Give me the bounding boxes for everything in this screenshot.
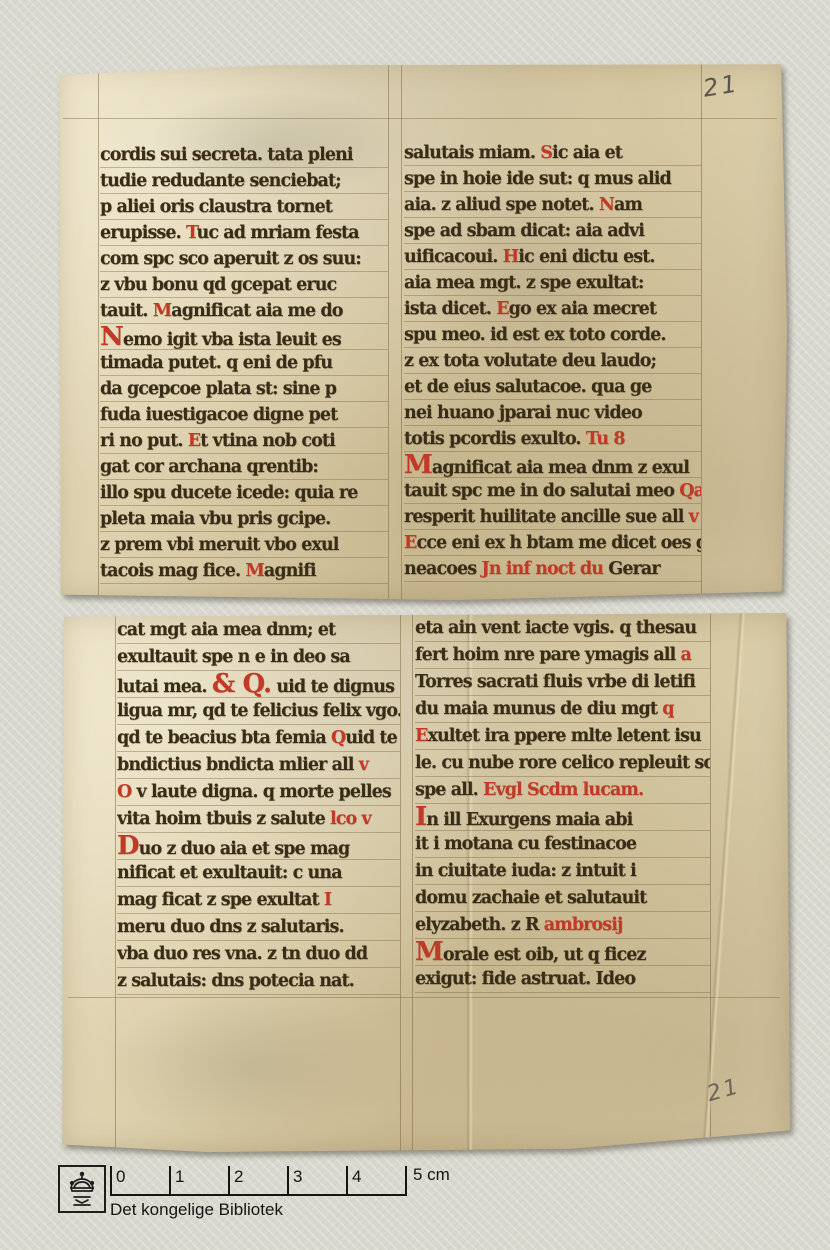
ink-text: agnificat aia me do (171, 301, 342, 321)
scan-background: { "page": { "folio_top": "21", "folio_bo… (0, 0, 830, 1250)
ruler-tick (405, 1166, 407, 1196)
ruler-tick-label: 1 (175, 1167, 184, 1187)
manuscript-line: nificat et exultauit: c una (117, 860, 400, 887)
rubric-text: M (404, 450, 432, 480)
ink-text: uificacoui. (404, 247, 503, 267)
ink-text: z salutais: dns potecia nat. (117, 971, 354, 991)
manuscript-line: gat cor archana qrentib: (100, 454, 388, 480)
ink-text: go ex aia mecret (509, 299, 656, 319)
ruler-tick-label: 0 (116, 1167, 125, 1187)
ink-text: it i motana cu festinacoe (415, 834, 636, 854)
text-column: cat mgt aia mea dnm; etexultauit spe n e… (117, 617, 400, 995)
rubric-text: M (153, 301, 171, 321)
rubric-text: H (503, 247, 519, 267)
ink-text: tauit. (100, 301, 153, 321)
ink-text: uo z duo aia et spe mag (139, 839, 350, 859)
ruler-tick (287, 1166, 289, 1196)
ink-text: tacois mag fice. (100, 561, 245, 581)
rubric-text: v (689, 507, 698, 527)
ruler-end-label: 5 cm (413, 1165, 450, 1185)
ink-text: z prem vbi meruit vbo exul (100, 535, 339, 555)
ruler-tick-label: 4 (352, 1167, 361, 1187)
ink-text: lutai mea. (117, 677, 212, 697)
manuscript-line: In ill Exurgens maia abi (415, 804, 710, 831)
manuscript-fragment-top: cordis sui secreta. tata plenitudie redu… (55, 60, 787, 600)
folio-number-top: 21 (701, 69, 741, 102)
manuscript-line: aia. z aliud spe notet. Nam (404, 192, 701, 218)
ruling-vline (401, 60, 402, 600)
ink-text: aia mea mgt. z spe exultat: (404, 273, 643, 293)
rubric-text: v (359, 755, 368, 775)
ink-text: erupisse. (100, 223, 186, 243)
ink-text: bndictius bndicta mlier all (117, 755, 359, 775)
ink-text: ligua mr, qd te felicius felix vgo. (117, 701, 400, 721)
ink-text: p aliei oris claustra tornet (100, 197, 332, 217)
ink-text: orale est oib, ut q ficez (443, 945, 646, 965)
ink-text: z vbu bonu qd gcepat eruc (100, 275, 336, 295)
ink-text: ic aia et (552, 143, 622, 163)
library-name: Det kongelige Bibliotek (110, 1200, 283, 1220)
manuscript-line: p aliei oris claustra tornet (100, 194, 388, 220)
manuscript-line: le. cu nube rore celico repleuit scs (415, 750, 710, 777)
ink-text: ic eni dictu est. (518, 247, 654, 267)
ink-text: et de eius salutacoe. qua ge (404, 377, 651, 397)
ink-text: xultet ira ppere mlte letent isu (427, 726, 700, 746)
manuscript-line: da gcepcoe plata st: sine p (100, 376, 388, 402)
rubric-text: O (117, 782, 131, 802)
ink-text: tudie redudante senciebat; (100, 171, 341, 191)
manuscript-line: Nemo igit vba ista leuit es (100, 324, 388, 350)
manuscript-line: qd te beacius bta femia Quid te (117, 725, 400, 752)
ink-text: nificat et exultauit: c una (117, 863, 342, 883)
ink-text: cce eni ex h btam me dicet oes ge (416, 533, 701, 553)
manuscript-line: z ex tota volutate deu laudo; (404, 348, 701, 374)
ink-text: le. cu nube rore celico repleuit scs (415, 753, 710, 773)
rubric-text: I (324, 890, 331, 910)
manuscript-line: Magnificat aia mea dnm z exul (404, 452, 701, 478)
rubric-text: E (415, 726, 427, 746)
ink-text: aia. z aliud spe notet. (404, 195, 599, 215)
ink-text: fert hoim nre pare ymagis all (415, 645, 680, 665)
ruling-hline (63, 118, 777, 119)
ink-text: vita hoim tbuis z salute (117, 809, 330, 829)
ink-text: salutais miam. (404, 143, 540, 163)
ink-text: uid te dignus (271, 677, 394, 697)
ruling-vline (400, 612, 401, 1152)
ink-text: agnifi (264, 561, 316, 581)
ruler-tick-label: 2 (234, 1167, 243, 1187)
ink-text: gat cor archana qrentib: (100, 457, 318, 477)
ink-text: pleta maia vbu pris gcipe. (100, 509, 330, 529)
ruling-vline (701, 60, 702, 600)
ruling-vline (98, 60, 99, 600)
manuscript-line: spu meo. id est ex toto corde. (404, 322, 701, 348)
crown-icon (65, 1171, 99, 1207)
ink-text: timada putet. q eni de pfu (100, 353, 332, 373)
rubric-text: E (404, 533, 416, 553)
manuscript-line: ri no put. Et vtina nob coti (100, 428, 388, 454)
ink-text: agnificat aia mea dnm z exul (432, 458, 689, 478)
manuscript-line: tudie redudante senciebat; (100, 168, 388, 194)
ink-text: qd te beacius bta femia (117, 728, 331, 748)
manuscript-line: fuda iuestigacoe digne pet (100, 402, 388, 428)
manuscript-line: salutais miam. Sic aia et (404, 140, 701, 166)
manuscript-line: vita hoim tbuis z salute lco v (117, 806, 400, 833)
manuscript-line: Morale est oib, ut q ficez (415, 939, 710, 966)
ink-text: t vtina nob coti (200, 431, 335, 451)
rubric-text: Tu 8 (586, 429, 625, 449)
ink-text: illo spu ducete icede: quia re (100, 483, 357, 503)
ruling-vline (388, 60, 389, 600)
manuscript-line: z vbu bonu qd gcepat eruc (100, 272, 388, 298)
rubric-text: ambrosij (544, 915, 623, 935)
rubric-text: M (245, 561, 263, 581)
ink-text: in ciuitate iuda: z intuit i (415, 861, 636, 881)
manuscript-line: O v laute digna. q morte pelles (117, 779, 400, 806)
ink-text: tauit spc me in do salutai meo (404, 481, 679, 501)
manuscript-line: z prem vbi meruit vbo exul (100, 532, 388, 558)
ink-text: v laute digna. q morte pelles (131, 782, 390, 802)
manuscript-line: spe ad sbam dicat: aia advi (404, 218, 701, 244)
manuscript-line: resperit huilitate ancille sue all v (404, 504, 701, 530)
manuscript-line: bndictius bndicta mlier all v (117, 752, 400, 779)
rubric-text: T (186, 223, 197, 243)
parchment-bottom: cat mgt aia mea dnm; etexultauit spe n e… (60, 612, 790, 1152)
rubric-text: N (100, 322, 123, 352)
rubric-text: Q (331, 728, 345, 748)
ink-text: da gcepcoe plata st: sine p (100, 379, 336, 399)
ruler-tick (228, 1166, 230, 1196)
stain-patch (100, 992, 400, 1142)
ruler-tick (346, 1166, 348, 1196)
rubric-text: E (188, 431, 200, 451)
ink-text: mag ficat z spe exultat (117, 890, 324, 910)
rubric-text: Evgl Scdm lucam. (483, 780, 643, 800)
manuscript-line: du maia munus de diu mgt q (415, 696, 710, 723)
ruling-hline (68, 997, 780, 998)
manuscript-line: totis pcordis exulto. Tu 8 (404, 426, 701, 452)
manuscript-line: exultauit spe n e in deo sa (117, 644, 400, 671)
rubric-text: a (680, 645, 690, 665)
manuscript-line: erupisse. Tuc ad mriam festa (100, 220, 388, 246)
rubric-text: D (117, 831, 139, 861)
manuscript-line: vba duo res vna. z tn duo dd (117, 941, 400, 968)
ruler-tick (169, 1166, 171, 1196)
ink-text: neacoes (404, 559, 481, 579)
ink-text: z ex tota volutate deu laudo; (404, 351, 656, 371)
ink-text: uc ad mriam festa (197, 223, 359, 243)
manuscript-line: neacoes Jn inf noct du Gerar (404, 556, 701, 582)
manuscript-line: tacois mag fice. Magnifi (100, 558, 388, 584)
manuscript-line: tauit. Magnificat aia me do (100, 298, 388, 324)
manuscript-line: nei huano jparai nuc video (404, 400, 701, 426)
manuscript-line: spe all. Evgl Scdm lucam. (415, 777, 710, 804)
rubric-text: & Q. (212, 669, 271, 699)
ink-text: fuda iuestigacoe digne pet (100, 405, 337, 425)
ink-text: vba duo res vna. z tn duo dd (117, 944, 367, 964)
manuscript-line: lutai mea. & Q. uid te dignus (117, 671, 400, 698)
manuscript-line: tauit spc me in do salutai meo Qa (404, 478, 701, 504)
ruling-vline (115, 612, 116, 1152)
ink-text: meru duo dns z salutaris. (117, 917, 344, 937)
ink-text: domu zachaie et salutauit (415, 888, 646, 908)
rubric-text: Jn inf noct du (481, 559, 608, 579)
manuscript-line: Torres sacrati fluis vrbe di letifi (415, 669, 710, 696)
rubric-text: M (415, 937, 443, 967)
manuscript-line: z salutais: dns potecia nat. (117, 968, 400, 995)
text-column: salutais miam. Sic aia etspe in hoie ide… (404, 140, 701, 584)
ink-text: spe all. (415, 780, 483, 800)
ink-text: nei huano jparai nuc video (404, 403, 642, 423)
manuscript-line: illo spu ducete icede: quia re (100, 480, 388, 506)
manuscript-line: Duo z duo aia et spe mag (117, 833, 400, 860)
ink-text: resperit huilitate ancille sue all (404, 507, 689, 527)
ink-text: ri no put. (100, 431, 188, 451)
ink-text: cat mgt aia mea dnm; et (117, 620, 335, 640)
manuscript-fragment-bottom: cat mgt aia mea dnm; etexultauit spe n e… (60, 612, 790, 1152)
parchment-top: cordis sui secreta. tata plenitudie redu… (55, 60, 787, 600)
ink-text: Exurgens maia abi (466, 810, 633, 830)
manuscript-line: elyzabeth. z R ambrosij (415, 912, 710, 939)
ink-text: spe ad sbam dicat: aia advi (404, 221, 644, 241)
ink-text: cordis sui secreta. tata pleni (100, 145, 353, 165)
ink-text: exigut: fide astruat. Ideo (415, 969, 635, 989)
manuscript-line: aia mea mgt. z spe exultat: (404, 270, 701, 296)
scale-bar: 01234 5 cm Det kongelige Bibliotek (58, 1162, 518, 1224)
rubric-text: N (599, 195, 614, 215)
ink-text: exultauit spe n e in deo sa (117, 647, 350, 667)
rubric-text: Qa (679, 481, 701, 501)
manuscript-line: ista dicet. Ego ex aia mecret (404, 296, 701, 322)
ruler-tick-label: 3 (293, 1167, 302, 1187)
ink-text: n ill (426, 810, 465, 830)
manuscript-line: domu zachaie et salutauit (415, 885, 710, 912)
manuscript-line: com spc sco aperuit z os suu: (100, 246, 388, 272)
ink-text: du maia munus de diu mgt (415, 699, 662, 719)
ink-text: Torres sacrati fluis vrbe di letifi (415, 672, 695, 692)
manuscript-line: cordis sui secreta. tata pleni (100, 142, 388, 168)
manuscript-line: meru duo dns z salutaris. (117, 914, 400, 941)
ink-text: totis pcordis exulto. (404, 429, 586, 449)
ink-text: elyzabeth. z R (415, 915, 544, 935)
ink-text: com spc sco aperuit z os suu: (100, 249, 361, 269)
library-logo (58, 1165, 106, 1213)
manuscript-line: Ecce eni ex h btam me dicet oes ge (404, 530, 701, 556)
rubric-text: lco v (330, 809, 371, 829)
manuscript-line: timada putet. q eni de pfu (100, 350, 388, 376)
manuscript-line: it i motana cu festinacoe (415, 831, 710, 858)
manuscript-line: et de eius salutacoe. qua ge (404, 374, 701, 400)
text-column: cordis sui secreta. tata plenitudie redu… (100, 142, 388, 586)
ruling-vline (412, 612, 413, 1152)
manuscript-line: ligua mr, qd te felicius felix vgo. (117, 698, 400, 725)
manuscript-line: in ciuitate iuda: z intuit i (415, 858, 710, 885)
rubric-text: S (540, 143, 552, 163)
manuscript-line: exigut: fide astruat. Ideo (415, 966, 710, 993)
ink-text: uid te (345, 728, 397, 748)
manuscript-line: pleta maia vbu pris gcipe. (100, 506, 388, 532)
rubric-text: E (496, 299, 508, 319)
ink-text: am (614, 195, 642, 215)
manuscript-line: uificacoui. Hic eni dictu est. (404, 244, 701, 270)
manuscript-line: cat mgt aia mea dnm; et (117, 617, 400, 644)
manuscript-line: Exultet ira ppere mlte letent isu (415, 723, 710, 750)
manuscript-line: fert hoim nre pare ymagis all a (415, 642, 710, 669)
manuscript-line: eta ain vent iacte vgis. q thesau (415, 615, 710, 642)
rubric-text: I (415, 802, 426, 832)
ink-text: emo igit vba ista leuit es (123, 330, 341, 350)
manuscript-line: mag ficat z spe exultat I (117, 887, 400, 914)
ink-text: ista dicet. (404, 299, 496, 319)
ruler-tick (110, 1166, 112, 1196)
ink-text: spe in hoie ide sut: q mus alid (404, 169, 671, 189)
ink-text: Gerar (608, 559, 659, 579)
manuscript-line: spe in hoie ide sut: q mus alid (404, 166, 701, 192)
ruler-baseline (110, 1194, 407, 1196)
rubric-text: q (662, 699, 673, 719)
ink-text: eta ain vent iacte vgis. q thesau (415, 618, 696, 638)
ink-text: spu meo. id est ex toto corde. (404, 325, 666, 345)
text-column: eta ain vent iacte vgis. q thesaufert ho… (415, 615, 710, 993)
